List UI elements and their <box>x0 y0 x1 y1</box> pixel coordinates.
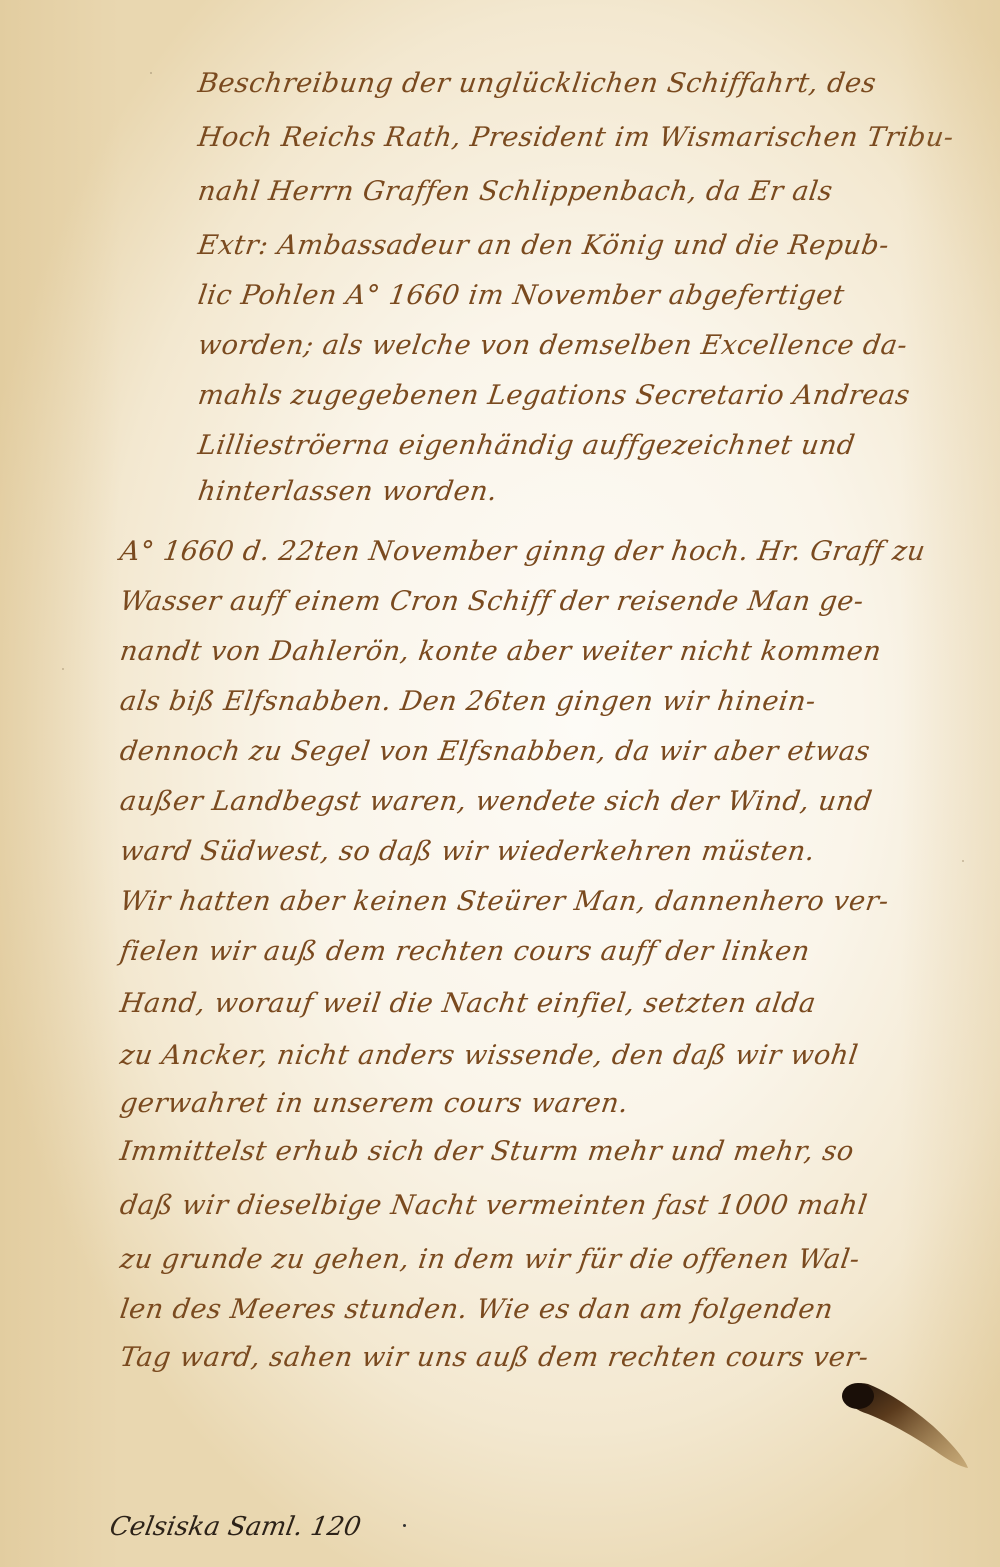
body-line: A° 1660 d. 22ten November ginng der hoch… <box>118 536 927 567</box>
title-line: Beschreibung der unglücklichen Schiffahr… <box>196 68 878 99</box>
body-line: gerwahret in unserem cours waren. <box>118 1088 630 1119</box>
shelfmark: Celsiska Saml. 120 <box>107 1512 363 1542</box>
body-line: Wasser auff einem Cron Schiff der reisen… <box>118 586 866 617</box>
paper-speck <box>62 668 64 670</box>
body-line: dennoch zu Segel von Elfsnabben, da wir … <box>118 736 872 767</box>
body-line: nandt von Dahlerön, konte aber weiter ni… <box>118 636 883 667</box>
body-line: zu Ancker, nicht anders wissende, den da… <box>118 1040 860 1071</box>
body-line: zu grunde zu gehen, in dem wir für die o… <box>118 1244 862 1275</box>
paper-speck <box>962 860 964 862</box>
body-line: als biß Elfsnabben. Den 26ten gingen wir… <box>118 686 818 717</box>
body-line: Tag ward, sahen wir uns auß dem rechten … <box>118 1342 871 1373</box>
title-line: hinterlassen worden. <box>196 476 499 507</box>
body-line: Immittelst erhub sich der Sturm mehr und… <box>118 1136 856 1167</box>
title-line: Extr: Ambassadeur an den König und die R… <box>196 230 891 261</box>
ink-blot-icon <box>838 1376 978 1476</box>
body-line: daß wir dieselbige Nacht vermeinten fast… <box>118 1190 869 1221</box>
body-line: fielen wir auß dem rechten cours auff de… <box>118 936 812 967</box>
title-line: nahl Herrn Graffen Schlippenbach, da Er … <box>196 176 835 207</box>
title-line: worden; als welche von demselben Excelle… <box>196 330 909 361</box>
pen-dot <box>403 1524 406 1527</box>
title-line: mahls zugegebenen Legations Secretario A… <box>196 380 912 411</box>
body-line: len des Meeres stunden. Wie es dan am fo… <box>118 1294 835 1325</box>
title-line: Lillieströerna eigenhändig auffgezeichne… <box>196 430 857 461</box>
body-line: Wir hatten aber keinen Steürer Man, dann… <box>118 886 891 917</box>
body-line: ward Südwest, so daß wir wiederkehren mü… <box>118 836 817 867</box>
manuscript-page: Beschreibung der unglücklichen Schiffahr… <box>0 0 1000 1567</box>
title-line: Hoch Reichs Rath, President im Wismarisc… <box>196 122 956 153</box>
title-line: lic Pohlen A° 1660 im November abgeferti… <box>196 280 846 311</box>
body-line: Hand, worauf weil die Nacht einfiel, set… <box>118 988 818 1019</box>
paper-speck <box>150 72 152 74</box>
body-line: außer Landbegst waren, wendete sich der … <box>118 786 874 817</box>
